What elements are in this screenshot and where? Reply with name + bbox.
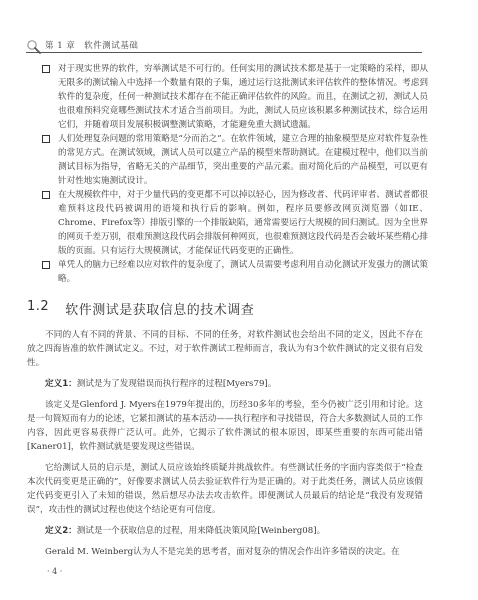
definition-2-label: 定义2： [45,526,77,536]
page-number: · 4 · [47,567,62,576]
bullet-text: 人们处理复杂问题的常用策略是“分而治之”。在软件领域，建立合理的抽象模型是应对软… [58,134,428,186]
section-heading: 1.2 软件测试是获取信息的技术调查 [27,299,423,318]
running-header: 第 1 章 软件测试基础 [26,36,422,53]
weinberg-paragraph: Gerald M. Weinberg认为人不是完美的思考者，面对复杂的情况会作出… [27,545,423,559]
insight-paragraph: 它给测试人员的启示是，测试人员应该始终质疑并挑战软件。有些测试任务的字面内容类似… [27,461,423,517]
checkbox-square-icon [42,261,50,269]
checkbox-square-icon [42,135,50,143]
section-number: 1.2 [27,299,49,318]
definition-2-text: 测试是一个获取信息的过程，用来降低决策风险[Weinberg08]。 [77,526,325,536]
magnifier-icon [26,39,42,55]
bullet-item: 对于现实世界的软件，穷举测试是不可行的。任何实用的测试技术都是基于一定策略的采样… [36,62,428,132]
bullet-list: 对于现实世界的软件，穷举测试是不可行的。任何实用的测试技术都是基于一定策略的采样… [27,62,423,286]
definition-2: 定义2：测试是一个获取信息的过程，用来降低决策风险[Weinberg08]。 [27,524,423,538]
bullet-item: 单凭人的脑力已经难以应对软件的复杂度了，测试人员需要考虑利用自动化测试开发强力的… [36,258,428,286]
checkbox-square-icon [42,65,50,73]
bullet-text: 在大规模软件中，对于少量代码的变更都不可以掉以轻心，因为修改者、代码评审者、测试… [58,190,428,256]
definition-1-text: 测试是为了发现错误而执行程序的过程[Myers79]。 [77,379,277,389]
page-body: 对于现实世界的软件，穷举测试是不可行的。任何实用的测试技术都是基于一定策略的采样… [27,62,423,566]
checkbox-square-icon [42,191,50,199]
bullet-item: 人们处理复杂问题的常用策略是“分而治之”。在软件领域，建立合理的抽象模型是应对软… [36,132,428,188]
section-title: 软件测试是获取信息的技术调查 [65,299,254,318]
definition-1: 定义1：测试是为了发现错误而执行程序的过程[Myers79]。 [27,377,423,391]
bullet-text: 单凭人的脑力已经难以应对软件的复杂度了，测试人员需要考虑利用自动化测试开发强力的… [58,260,428,284]
bullet-item: 在大规模软件中，对于少量代码的变更都不可以掉以轻心，因为修改者、代码评审者、测试… [36,188,428,258]
bullet-text: 对于现实世界的软件，穷举测试是不可行的。任何实用的测试技术都是基于一定策略的采样… [58,64,428,130]
chapter-title: 第 1 章 软件测试基础 [45,39,138,52]
intro-paragraph: 不同的人有不同的背景、不同的目标、不同的任务，对软件测试也会给出不同的定义，因此… [27,328,423,370]
myers-paragraph: 该定义是Glenford J. Myers在1979年提出的，历经30多年的考验… [27,398,423,454]
definition-1-label: 定义1： [45,379,77,389]
